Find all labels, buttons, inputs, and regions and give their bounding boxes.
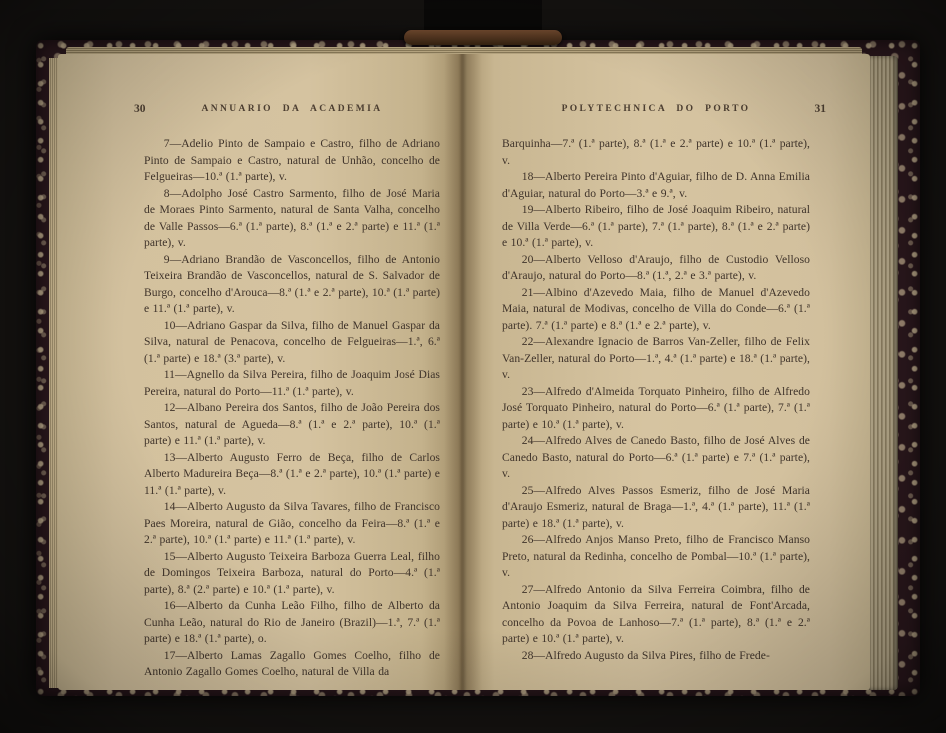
entry-paragraph: 17—Alberto Lamas Zagallo Gomes Coelho, f…	[144, 648, 440, 681]
entry-paragraph: 8—Adolpho José Castro Sarmento, filho de…	[144, 186, 440, 252]
left-running-title: ANNUARIO DA ACADEMIA	[202, 104, 383, 114]
right-page-number: 31	[815, 103, 827, 115]
entry-paragraph: 18—Alberto Pereira Pinto d'Aguiar, filho…	[502, 169, 810, 202]
entry-paragraph: 14—Alberto Augusto da Silva Tavares, fil…	[144, 499, 440, 549]
page-edges-right	[866, 56, 898, 690]
right-running-title: POLYTECHNICA DO PORTO	[562, 104, 751, 114]
left-page-number: 30	[134, 103, 146, 115]
entry-paragraph: 10—Adriano Gaspar da Silva, filho de Man…	[144, 318, 440, 368]
entry-paragraph: 27—Alfredo Antonio da Silva Ferreira Coi…	[502, 582, 810, 648]
entry-paragraph: 13—Alberto Augusto Ferro de Beça, filho …	[144, 450, 440, 500]
spine-headband	[404, 30, 562, 45]
entry-paragraph: 21—Albino d'Azevedo Maia, filho de Manue…	[502, 285, 810, 335]
right-page-header: POLYTECHNICA DO PORTO 31	[502, 104, 810, 120]
entry-paragraph: 24—Alfredo Alves de Canedo Basto, filho …	[502, 433, 810, 483]
entry-paragraph: 11—Agnello da Silva Pereira, filho de Jo…	[144, 367, 440, 400]
entry-paragraph: 23—Alfredo d'Almeida Torquato Pinheiro, …	[502, 384, 810, 434]
entry-paragraph: 16—Alberto da Cunha Leão Filho, filho de…	[144, 598, 440, 648]
entry-paragraph-continuation: Barquinha—7.ª (1.ª parte), 8.ª (1.ª e 2.…	[502, 136, 810, 169]
entry-paragraph: 20—Alberto Velloso d'Araujo, filho de Cu…	[502, 252, 810, 285]
right-page: POLYTECHNICA DO PORTO 31 Barquinha—7.ª (…	[462, 54, 870, 690]
entry-paragraph: 19—Alberto Ribeiro, filho de José Joaqui…	[502, 202, 810, 252]
left-page-header: 30 ANNUARIO DA ACADEMIA	[144, 104, 440, 120]
left-page-text: 7—Adelio Pinto de Sampaio e Castro, filh…	[144, 136, 440, 681]
entry-paragraph: 26—Alfredo Anjos Manso Preto, filho de F…	[502, 532, 810, 582]
entry-paragraph: 15—Alberto Augusto Teixeira Barboza Guer…	[144, 549, 440, 599]
entry-paragraph: 12—Albano Pereira dos Santos, filho de J…	[144, 400, 440, 450]
entry-paragraph: 22—Alexandre Ignacio de Barros Van-Zelle…	[502, 334, 810, 384]
book-photo: 30 ANNUARIO DA ACADEMIA 7—Adelio Pinto d…	[0, 0, 946, 733]
entry-paragraph: 7—Adelio Pinto de Sampaio e Castro, filh…	[144, 136, 440, 186]
entry-paragraph: 25—Alfredo Alves Passos Esmeriz, filho d…	[502, 483, 810, 533]
entry-paragraph: 9—Adriano Brandão de Vasconcellos, filho…	[144, 252, 440, 318]
right-page-text: Barquinha—7.ª (1.ª parte), 8.ª (1.ª e 2.…	[502, 136, 810, 664]
entry-paragraph: 28—Alfredo Augusto da Silva Pires, filho…	[502, 648, 810, 665]
left-page: 30 ANNUARIO DA ACADEMIA 7—Adelio Pinto d…	[58, 54, 462, 690]
